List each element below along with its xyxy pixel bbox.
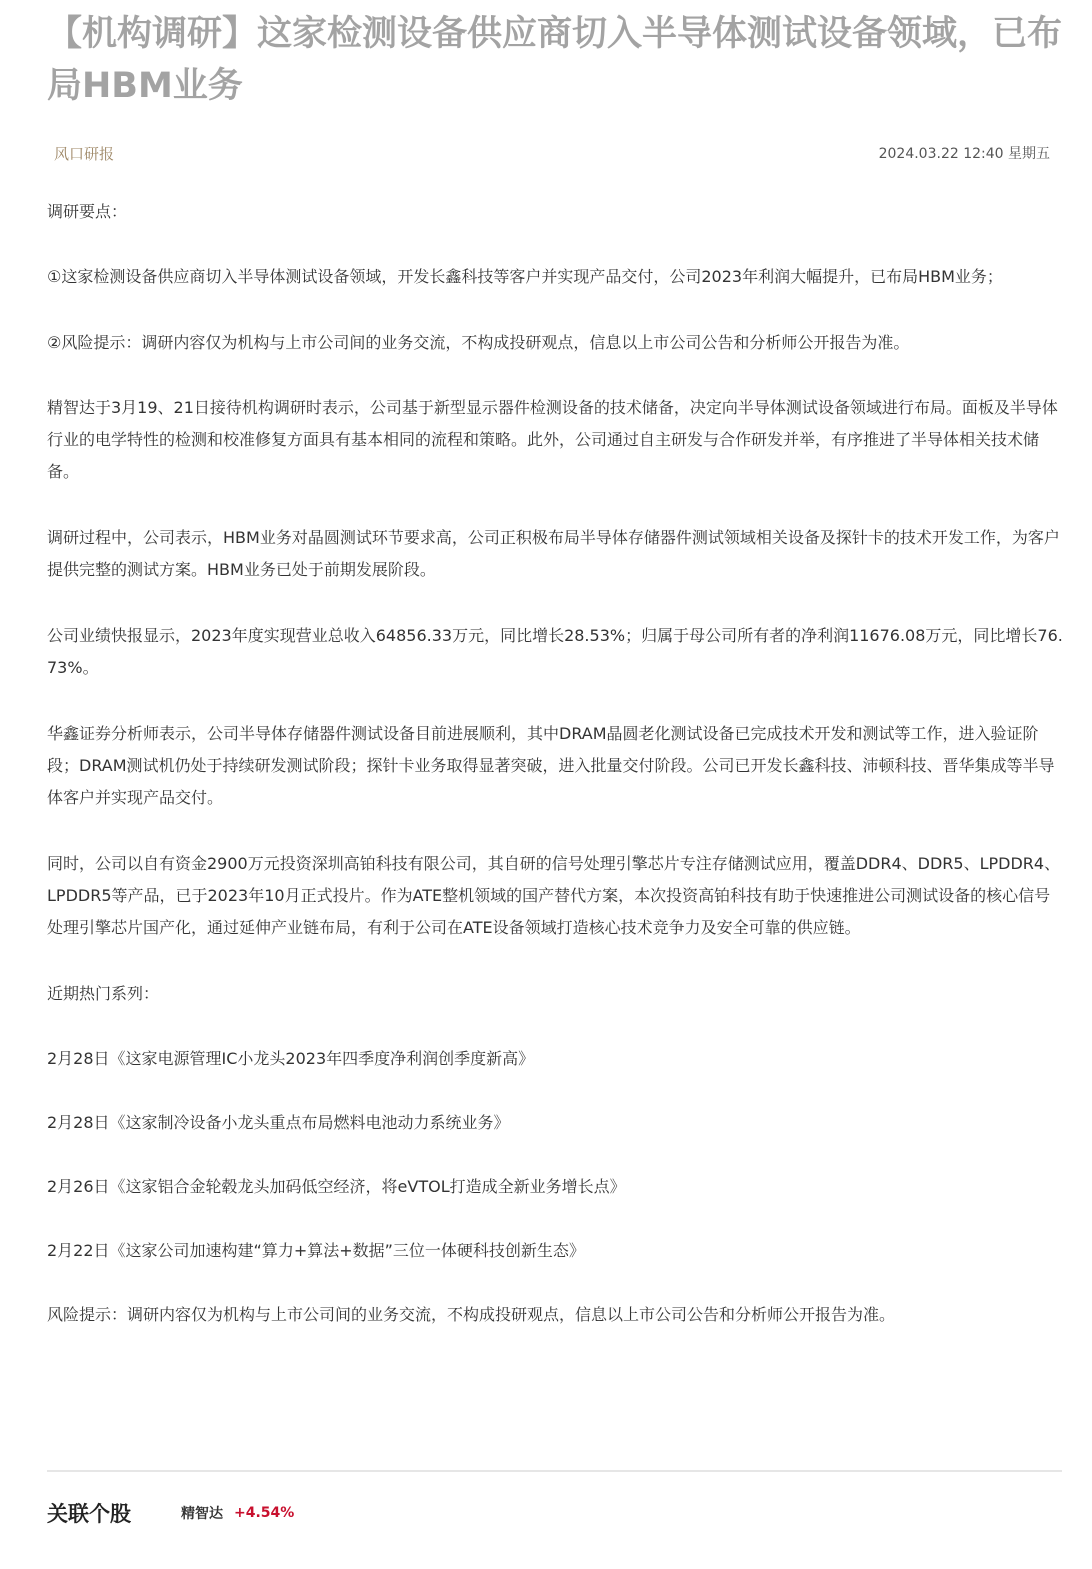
article-source[interactable]: 风口研报 — [54, 143, 114, 164]
article-body: 调研要点： ①这家检测设备供应商切入半导体测试设备领域，开发长鑫科技等客户并实现… — [47, 196, 1063, 1364]
body-paragraph: 精智达于3月19、21日接待机构调研时表示，公司基于新型显示器件检测设备的技术储… — [47, 392, 1063, 488]
article-title: 【机构调研】这家检测设备供应商切入半导体测试设备领域，已布局HBM业务 — [47, 8, 1077, 112]
body-paragraph: 华鑫证券分析师表示，公司半导体存储器件测试设备目前进展顺利，其中DRAM晶圆老化… — [47, 718, 1063, 814]
section-divider — [47, 1470, 1062, 1472]
hot-series-link[interactable]: 2月26日《这家铝合金轮毂龙头加码低空经济，将eVTOL打造成全新业务增长点》 — [47, 1171, 1063, 1203]
related-stocks-heading: 关联个股 — [47, 1498, 131, 1528]
body-paragraph: 同时，公司以自有资金2900万元投资深圳高铂科技有限公司，其自研的信号处理引擎芯… — [47, 848, 1063, 944]
key-point: ②风险提示：调研内容仅为机构与上市公司间的业务交流，不构成投研观点，信息以上市公… — [47, 327, 1063, 359]
hot-series-link[interactable]: 2月22日《这家公司加速构建“算力+算法+数据”三位一体硬科技创新生态》 — [47, 1235, 1063, 1267]
stock-name[interactable]: 精智达 — [181, 1503, 223, 1523]
key-point: ①这家检测设备供应商切入半导体测试设备领域，开发长鑫科技等客户并实现产品交付，公… — [47, 261, 1063, 293]
stock-change[interactable]: +4.54% — [234, 1505, 294, 1521]
risk-notice: 风险提示：调研内容仅为机构与上市公司间的业务交流，不构成投研观点，信息以上市公司… — [47, 1299, 1063, 1331]
hot-series-heading: 近期热门系列： — [47, 978, 1063, 1010]
key-points-heading: 调研要点： — [47, 196, 1063, 228]
body-paragraph: 公司业绩快报显示，2023年度实现营业总收入64856.33万元，同比增长28.… — [47, 620, 1063, 684]
article-meta: 风口研报 2024.03.22 12:40 星期五 — [54, 140, 1050, 166]
hot-series-link[interactable]: 2月28日《这家制冷设备小龙头重点布局燃料电池动力系统业务》 — [47, 1107, 1063, 1139]
hot-series-link[interactable]: 2月28日《这家电源管理IC小龙头2023年四季度净利润创季度新高》 — [47, 1043, 1063, 1075]
article-datetime: 2024.03.22 12:40 星期五 — [879, 143, 1050, 163]
hot-series-list: 2月28日《这家电源管理IC小龙头2023年四季度净利润创季度新高》 2月28日… — [47, 1043, 1063, 1267]
related-stocks: 关联个股 精智达 +4.54% — [47, 1496, 294, 1530]
body-paragraph: 调研过程中，公司表示，HBM业务对晶圆测试环节要求高，公司正积极布局半导体存储器… — [47, 522, 1063, 586]
